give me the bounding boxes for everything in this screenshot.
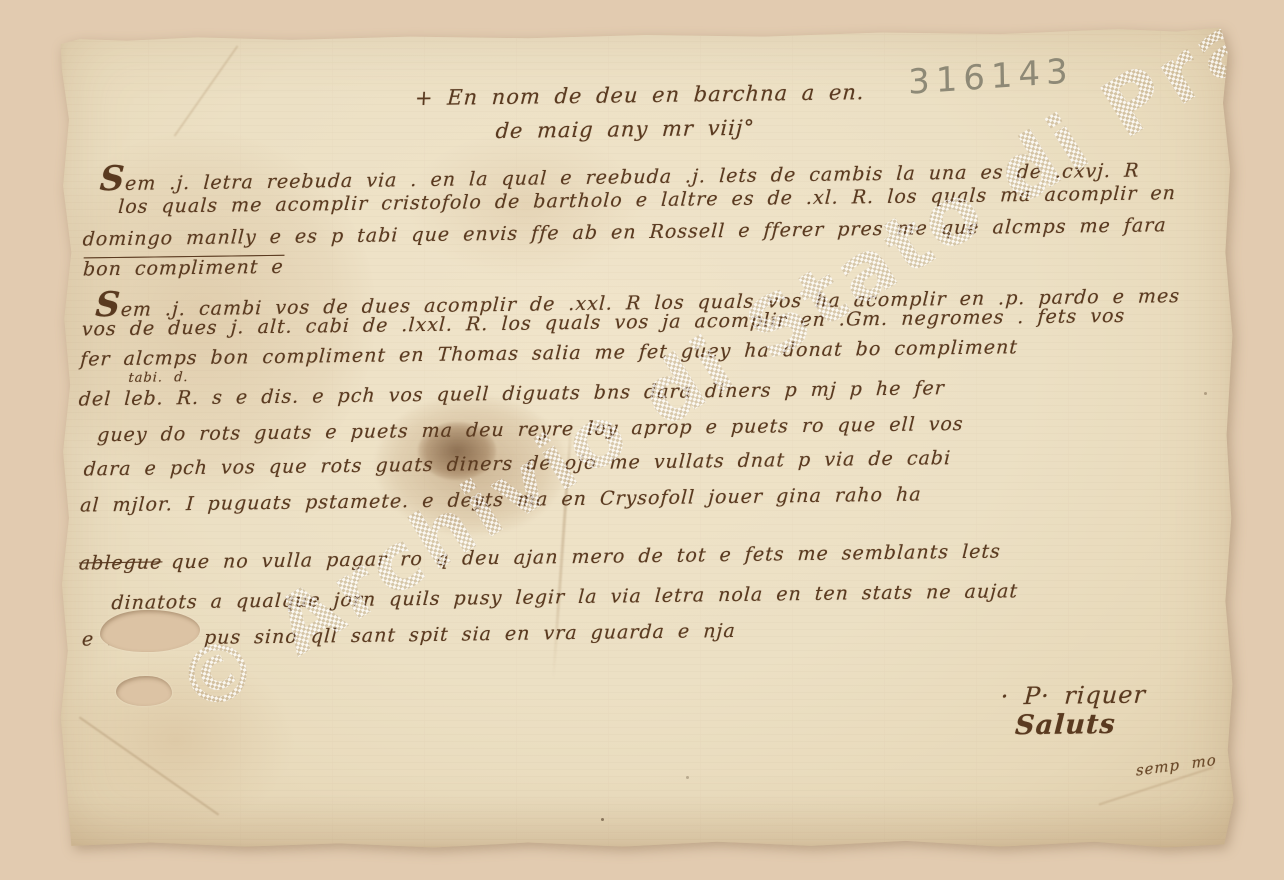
struck-word: ablegue (78, 551, 163, 574)
body-line-4: bon compliment e (83, 258, 285, 280)
paper-sheet: + En nom de deu en barchna a en. de maig… (56, 20, 1236, 850)
body-line-8: del leb. R. s e dis. e pch vos quell dig… (78, 379, 945, 409)
paper-sheet-wrapper: + En nom de deu en barchna a en. de maig… (56, 20, 1236, 850)
body-line-11: al mjlor. I puguats pstamete. e deyts ma… (80, 485, 923, 515)
body-line-13: dinatots a qualque jorn quils pusy legir… (111, 582, 1019, 613)
header-line-1: + En nom de deu en barchna a en. (359, 81, 920, 109)
interline-note: tabi. d. (128, 371, 189, 385)
body-line-9: guey do rots guats e puets ma deu reyre … (97, 415, 964, 445)
signature-line-2: Saluts (1014, 711, 1116, 739)
paper-hole-small (116, 676, 172, 706)
body-line-7: fer alcmps bon compliment en Thomas sali… (80, 338, 1019, 369)
handwriting-layer: + En nom de deu en barchna a en. de maig… (56, 20, 1236, 850)
header-line-2: de maig any mr viij° (345, 116, 906, 144)
corner-annotation: semp mo (1136, 753, 1217, 779)
scanner-mat: { "scan": { "archive_number": "316143", … (0, 0, 1284, 880)
archive-number-pencil: 316143 (908, 54, 1074, 100)
signature-line-1: · P· riquer (1000, 683, 1147, 709)
body-line-10: dara e pch vos que rots guats diners de … (83, 449, 952, 479)
body-line-3: domingo manlly e es p tabi que envis ffe… (82, 216, 1167, 249)
ink-speck (1204, 392, 1207, 395)
body-line-12-rest: que no vulla pagar ro q deu ajan mero de… (171, 540, 1002, 573)
ink-speck (686, 776, 689, 779)
ink-speck (601, 818, 604, 821)
body-line-12: ablegueque no vulla pagar ro q deu ajan … (78, 542, 1001, 573)
